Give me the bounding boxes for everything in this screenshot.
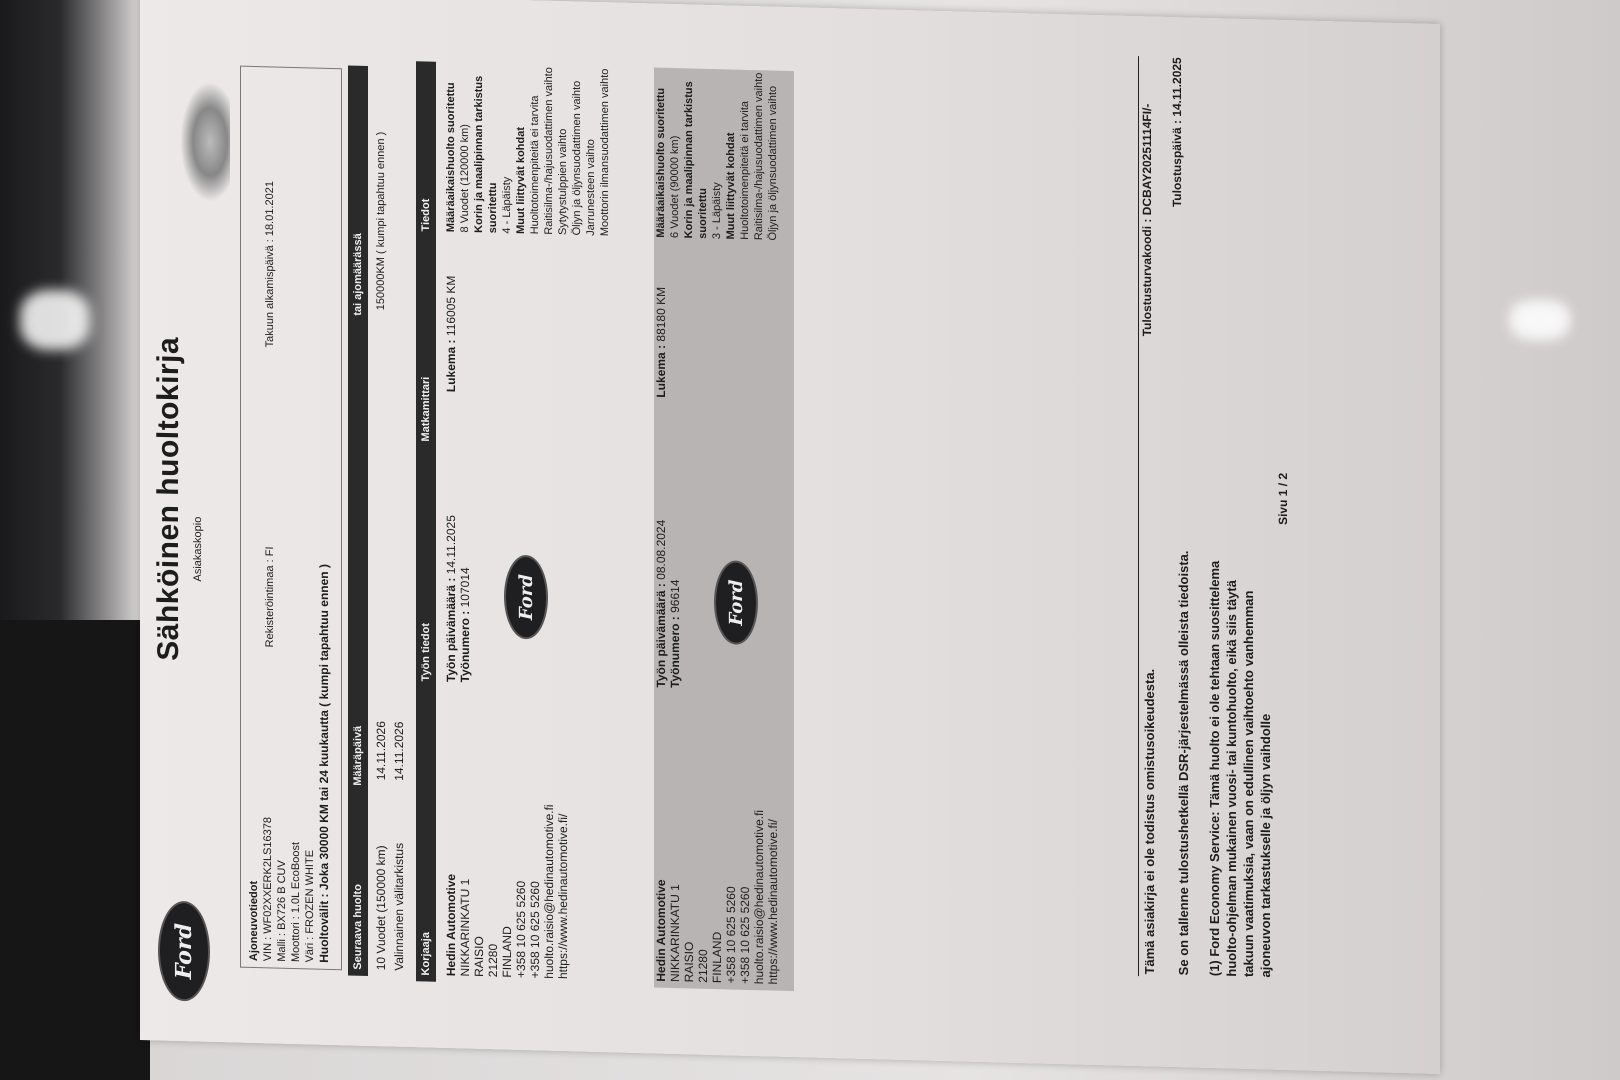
col-work-details: Työn tiedot — [420, 623, 432, 682]
page-title: Sähköinen huoltokirja — [152, 336, 186, 661]
workshop-city: RAISIO — [682, 808, 696, 983]
footer-divider — [1138, 56, 1139, 976]
col-workshop: Korjaaja — [420, 932, 432, 976]
detail-line: Huoltotoimenpiteitä ei tarvita — [738, 60, 752, 240]
record-note: Se on tallenne tulostushetkellä DSR-järj… — [1176, 550, 1191, 975]
odometer-value: 88180 KM — [654, 287, 668, 342]
work-info: Työn päivämäärä : 08.08.2024 Työnumero :… — [654, 520, 682, 689]
ford-logo: Ford — [714, 560, 758, 645]
work-number: 96614 — [668, 579, 682, 613]
col-mileage: tai ajomäärässä — [352, 233, 364, 316]
light-reflection — [20, 290, 90, 350]
col-details: Tiedot — [420, 199, 432, 232]
vehicle-image — [180, 81, 230, 202]
color: Väri : FROZEN WHITE — [303, 564, 317, 963]
workshop-city: RAISIO — [472, 802, 486, 977]
workshop-info: Hedin Automotive NIKKARINKATU 1 RAISIO 2… — [444, 802, 570, 980]
number-label: Työnumero : — [668, 616, 682, 688]
next-service-header: Seuraava huolto Määräpäivä tai ajomääräs… — [348, 65, 368, 976]
detail-line: Raitisilma-/hajusuodattimen vaihto — [542, 55, 556, 235]
history-entry: Hedin Automotive NIKKARINKATU 1 RAISIO 2… — [444, 62, 654, 987]
background-dark-area — [0, 620, 150, 1080]
detail-line: Määräaikaishuolto suoritettu — [444, 52, 458, 232]
odometer-value: 116005 KM — [444, 275, 458, 336]
vehicle-info-box: Ajoneuvotiedot VIN : WF02XXERK2LS16378 M… — [240, 66, 342, 971]
workshop-phone: +358 10 625 5260 — [514, 804, 528, 979]
col-next-service: Seuraava huolto — [352, 884, 364, 970]
detail-line: 4 - Läpäisty — [500, 53, 514, 233]
work-date: 14.11.2025 — [444, 515, 458, 575]
history-header: Korjaaja Työn tiedot Matkamittari Tiedot — [416, 61, 436, 982]
detail-line: Moottorin ilmansuodattimen vaihto — [598, 56, 612, 236]
detail-line: Korin ja maalipinnan tarkistus suoritett… — [472, 53, 500, 234]
workshop-url: https://www.hedinautomotive.fi/ — [556, 805, 570, 980]
workshop-email: huolto.raisio@hedinautomotive.fi — [752, 810, 766, 985]
detail-line: Jarrunesteen vaihto — [584, 56, 598, 236]
workshop-info: Hedin Automotive NIKKARINKATU 1 RAISIO 2… — [654, 807, 780, 985]
page-number: Sivu 1 / 2 — [1276, 473, 1290, 525]
disclaimer: Tämä asiakirja ei ole todistus omistusoi… — [1142, 669, 1157, 975]
odometer: Lukema : 116005 KM — [444, 275, 458, 392]
workshop-phone: +358 10 625 5260 — [724, 809, 738, 984]
workshop-name: Hedin Automotive — [654, 807, 668, 982]
date-label: Työn päivämäärä : — [654, 583, 668, 688]
work-date: 08.08.2024 — [654, 520, 668, 580]
workshop-url: https://www.hedinautomotive.fi/ — [766, 810, 780, 985]
workshop-phone: +358 10 625 5260 — [738, 809, 752, 984]
next-service-name: Valinnainen välitarkistus — [392, 843, 406, 971]
number-label: Työnumero : — [458, 611, 472, 683]
security-code: Tulostusturvakoodi : DCBAY20251114FI/- — [1140, 103, 1154, 336]
service-details: Määräaikaishuolto suoritettu6 Vuodet (90… — [654, 57, 780, 240]
detail-line: Määräaikaishuolto suoritettu — [654, 57, 668, 237]
service-details: Määräaikaishuolto suoritettu8 Vuodet (12… — [444, 52, 612, 236]
registration-country: Rekisteröintimaa : FI — [263, 546, 277, 647]
date-label: Työn päivämäärä : — [444, 577, 458, 682]
engine: Moottori : 1.0L EcoBoost — [289, 563, 303, 962]
odometer-label: Lukema : — [654, 345, 668, 398]
work-info: Työn päivämäärä : 14.11.2025 Työnumero :… — [444, 515, 472, 683]
work-number: 107014 — [458, 567, 472, 607]
ford-logo: Ford — [504, 555, 548, 640]
light-reflection — [1510, 300, 1570, 340]
workshop-phone: +358 10 625 5260 — [528, 804, 542, 979]
vehicle-heading: Ajoneuvotiedot — [247, 562, 261, 961]
workshop-country: FINLAND — [710, 809, 724, 984]
warranty-start: Takuun alkamispäivä : 18.01.2021 — [263, 181, 277, 348]
detail-line: Huoltotoimenpiteitä ei tarvita — [528, 54, 542, 234]
workshop-country: FINLAND — [500, 803, 514, 978]
detail-line: 8 Vuodet (120000 km) — [458, 52, 472, 232]
detail-line: Raitisilma-/hajusuodattimen vaihto — [752, 60, 766, 240]
detail-line: Sytytystulppien vaihto — [556, 55, 570, 235]
workshop-name: Hedin Automotive — [444, 802, 458, 977]
print-date: Tulostuspäivä : 14.11.2025 — [1170, 57, 1184, 207]
detail-line: Öljyn ja öljynsuodattimen vaihto — [766, 60, 780, 240]
detail-line: Muut liittyvät kohdat — [724, 59, 738, 239]
ford-logo: Ford — [158, 900, 210, 1001]
odometer-label: Lukema : — [444, 339, 458, 392]
col-due-date: Määräpäivä — [352, 726, 364, 786]
next-service-date: 14.11.2026 — [374, 721, 388, 781]
detail-line: 3 - Läpäisty — [710, 59, 724, 239]
detail-line: Öljyn ja öljynsuodattimen vaihto — [570, 55, 584, 235]
history-entry: Hedin Automotive NIKKARINKATU 1 RAISIO 2… — [654, 67, 794, 991]
odometer: Lukema : 88180 KM — [654, 287, 668, 398]
workshop-street: NIKKARINKATU 1 — [458, 802, 472, 977]
next-service-name: 10 Vuodet (150000 km) — [374, 845, 388, 970]
workshop-street: NIKKARINKATU 1 — [668, 808, 682, 983]
service-interval: Huoltovälit : Joka 30000 KM tai 24 kuuka… — [317, 564, 331, 963]
workshop-zip: 21280 — [486, 803, 500, 978]
col-odometer: Matkamittari — [420, 377, 432, 442]
economy-note: (1) Ford Economy Service: Tämä huolto ei… — [1206, 556, 1274, 978]
detail-line: Korin ja maalipinnan tarkistus suoritett… — [682, 58, 710, 239]
page-subtitle: Asiakaskopio — [192, 517, 204, 582]
next-service-row: 10 Vuodet (150000 km) 14.11.2026 150000K… — [374, 70, 410, 971]
model: Malli : BX726 B CUV — [275, 563, 289, 962]
next-service-km: 150000KM ( kumpi tapahtuu ennen ) — [374, 132, 388, 311]
service-book-page: Ford Sähköinen huoltokirja Asiakaskopio … — [140, 0, 1440, 1074]
detail-line: Muut liittyvät kohdat — [514, 54, 528, 234]
workshop-zip: 21280 — [696, 808, 710, 983]
detail-line: 6 Vuodet (90000 km) — [668, 58, 682, 238]
workshop-email: huolto.raisio@hedinautomotive.fi — [542, 804, 556, 979]
next-service-date: 14.11.2026 — [392, 721, 406, 781]
